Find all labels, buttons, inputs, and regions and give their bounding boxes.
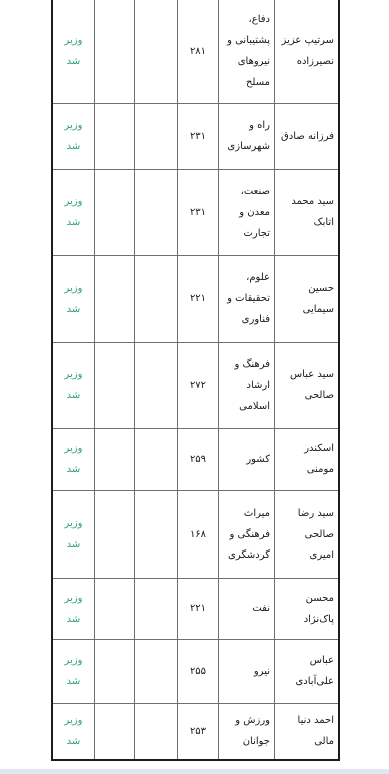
empty-cell	[135, 169, 178, 255]
minister-status-link[interactable]: وزیر شد	[57, 650, 90, 692]
minister-name-cell: احمد دنیا مالی	[275, 703, 340, 760]
ministry-name: علوم، تحقیقات و فناوری	[227, 272, 270, 325]
empty-cell	[135, 0, 178, 103]
ministry-cell: ورزش و جوانان	[219, 703, 275, 760]
ministry-name: فرهنگ و ارشاد اسلامی	[234, 359, 270, 412]
minister-name: سید محمد اتابک	[291, 196, 334, 228]
ministry-cell: کشور	[219, 428, 275, 490]
ministry-cell: فرهنگ و ارشاد اسلامی	[219, 342, 275, 428]
minister-name: اسکندر مومنی	[304, 443, 334, 475]
table-row: حسین سیمایی علوم، تحقیقات و فناوری ۲۲۱ و…	[52, 255, 339, 342]
minister-status-link[interactable]: وزیر شد	[57, 30, 90, 72]
votes-cell: ۲۷۲	[178, 342, 219, 428]
votes-cell: ۲۳۱	[178, 103, 219, 169]
votes-cell: ۲۳۱	[178, 169, 219, 255]
minister-name: سرتیپ عزیز نصیرزاده	[282, 35, 334, 67]
minister-name-cell: سید عباس صالحی	[275, 342, 340, 428]
minister-name: سید عباس صالحی	[290, 369, 334, 401]
minister-status-link[interactable]: وزیر شد	[57, 438, 90, 480]
minister-name: فرزانه صادق	[281, 131, 334, 142]
minister-name-cell: سرتیپ عزیز نصیرزاده	[275, 0, 340, 103]
empty-cell	[95, 703, 135, 760]
votes-count: ۲۵۵	[190, 666, 206, 677]
ministry-name: ورزش و جوانان	[235, 715, 270, 747]
ministry-name: دفاع، پشتیبانی و نیروهای مسلح	[227, 14, 270, 88]
votes-count: ۲۸۱	[190, 46, 206, 57]
empty-cell	[95, 578, 135, 639]
minister-name-cell: فرزانه صادق	[275, 103, 340, 169]
table-row: عباس علی‌آبادی نیرو ۲۵۵ وزیر شد	[52, 639, 339, 703]
table-row: فرزانه صادق راه و شهرسازی ۲۳۱ وزیر شد	[52, 103, 339, 169]
minister-status-link[interactable]: وزیر شد	[57, 191, 90, 233]
empty-cell	[135, 342, 178, 428]
ministry-cell: راه و شهرسازی	[219, 103, 275, 169]
minister-name-cell: اسکندر مومنی	[275, 428, 340, 490]
minister-name: سید رضا صالحی امیری	[298, 508, 334, 561]
votes-count: ۲۳۱	[190, 131, 206, 142]
votes-cell: ۲۵۳	[178, 703, 219, 760]
empty-cell	[95, 490, 135, 578]
votes-count: ۲۳۱	[190, 207, 206, 218]
votes-cell: ۱۶۸	[178, 490, 219, 578]
ministry-name: صنعت، معدن و تجارت	[239, 186, 270, 239]
votes-count: ۲۲۱	[190, 603, 206, 614]
confidence-vote-table: سرتیپ عزیز نصیرزاده دفاع، پشتیبانی و نیر…	[51, 0, 340, 761]
minister-status-link[interactable]: وزیر شد	[57, 364, 90, 406]
empty-cell	[95, 169, 135, 255]
ministry-cell: علوم، تحقیقات و فناوری	[219, 255, 275, 342]
minister-status-link[interactable]: وزیر شد	[57, 513, 90, 555]
minister-name: محسن پاک‌نژاد	[304, 593, 334, 625]
empty-cell	[135, 578, 178, 639]
ministry-name: میراث فرهنگی و گردشگری	[228, 508, 270, 561]
status-cell: وزیر شد	[52, 428, 95, 490]
table-row: سرتیپ عزیز نصیرزاده دفاع، پشتیبانی و نیر…	[52, 0, 339, 103]
empty-cell	[95, 342, 135, 428]
minister-name: عباس علی‌آبادی	[295, 655, 334, 687]
status-cell: وزیر شد	[52, 639, 95, 703]
status-cell: وزیر شد	[52, 0, 95, 103]
page-background: سرتیپ عزیز نصیرزاده دفاع، پشتیبانی و نیر…	[0, 0, 389, 774]
ministry-name: کشور	[246, 454, 270, 465]
votes-cell: ۲۸۱	[178, 0, 219, 103]
table-row: سید محمد اتابک صنعت، معدن و تجارت ۲۳۱ وز…	[52, 169, 339, 255]
minister-name-cell: سید محمد اتابک	[275, 169, 340, 255]
ministry-name: نفت	[252, 603, 270, 614]
status-cell: وزیر شد	[52, 490, 95, 578]
table-row: احمد دنیا مالی ورزش و جوانان ۲۵۳ وزیر شد	[52, 703, 339, 760]
empty-cell	[135, 428, 178, 490]
minister-name-cell: محسن پاک‌نژاد	[275, 578, 340, 639]
empty-cell	[135, 490, 178, 578]
ministry-cell: نفت	[219, 578, 275, 639]
ministry-name: نیرو	[254, 666, 270, 677]
ministry-cell: دفاع، پشتیبانی و نیروهای مسلح	[219, 0, 275, 103]
empty-cell	[95, 639, 135, 703]
ministry-cell: نیرو	[219, 639, 275, 703]
table-row: محسن پاک‌نژاد نفت ۲۲۱ وزیر شد	[52, 578, 339, 639]
empty-cell	[135, 103, 178, 169]
empty-cell	[135, 639, 178, 703]
status-cell: وزیر شد	[52, 255, 95, 342]
status-cell: وزیر شد	[52, 103, 95, 169]
empty-cell	[95, 255, 135, 342]
votes-count: ۲۵۹	[190, 454, 206, 465]
minister-name: حسین سیمایی	[303, 283, 334, 315]
minister-status-link[interactable]: وزیر شد	[57, 588, 90, 630]
table-row: سید عباس صالحی فرهنگ و ارشاد اسلامی ۲۷۲ …	[52, 342, 339, 428]
votes-count: ۲۲۱	[190, 293, 206, 304]
votes-count: ۱۶۸	[190, 529, 206, 540]
page-bottom-edge	[0, 769, 389, 774]
empty-cell	[95, 103, 135, 169]
empty-cell	[135, 255, 178, 342]
status-cell: وزیر شد	[52, 578, 95, 639]
table-row: سید رضا صالحی امیری میراث فرهنگی و گردشگ…	[52, 490, 339, 578]
votes-cell: ۲۲۱	[178, 255, 219, 342]
minister-status-link[interactable]: وزیر شد	[57, 710, 90, 752]
votes-cell: ۲۵۹	[178, 428, 219, 490]
votes-cell: ۲۲۱	[178, 578, 219, 639]
status-cell: وزیر شد	[52, 342, 95, 428]
votes-cell: ۲۵۵	[178, 639, 219, 703]
minister-status-link[interactable]: وزیر شد	[57, 115, 90, 157]
status-cell: وزیر شد	[52, 703, 95, 760]
minister-name-cell: عباس علی‌آبادی	[275, 639, 340, 703]
votes-count: ۲۵۳	[190, 726, 206, 737]
empty-cell	[95, 428, 135, 490]
minister-name-cell: سید رضا صالحی امیری	[275, 490, 340, 578]
table-row: اسکندر مومنی کشور ۲۵۹ وزیر شد	[52, 428, 339, 490]
status-cell: وزیر شد	[52, 169, 95, 255]
empty-cell	[95, 0, 135, 103]
ministry-cell: میراث فرهنگی و گردشگری	[219, 490, 275, 578]
minister-status-link[interactable]: وزیر شد	[57, 278, 90, 320]
ministry-cell: صنعت، معدن و تجارت	[219, 169, 275, 255]
minister-name-cell: حسین سیمایی	[275, 255, 340, 342]
minister-name: احمد دنیا مالی	[298, 715, 334, 747]
ministry-name: راه و شهرسازی	[227, 120, 270, 152]
empty-cell	[135, 703, 178, 760]
votes-count: ۲۷۲	[190, 380, 206, 391]
